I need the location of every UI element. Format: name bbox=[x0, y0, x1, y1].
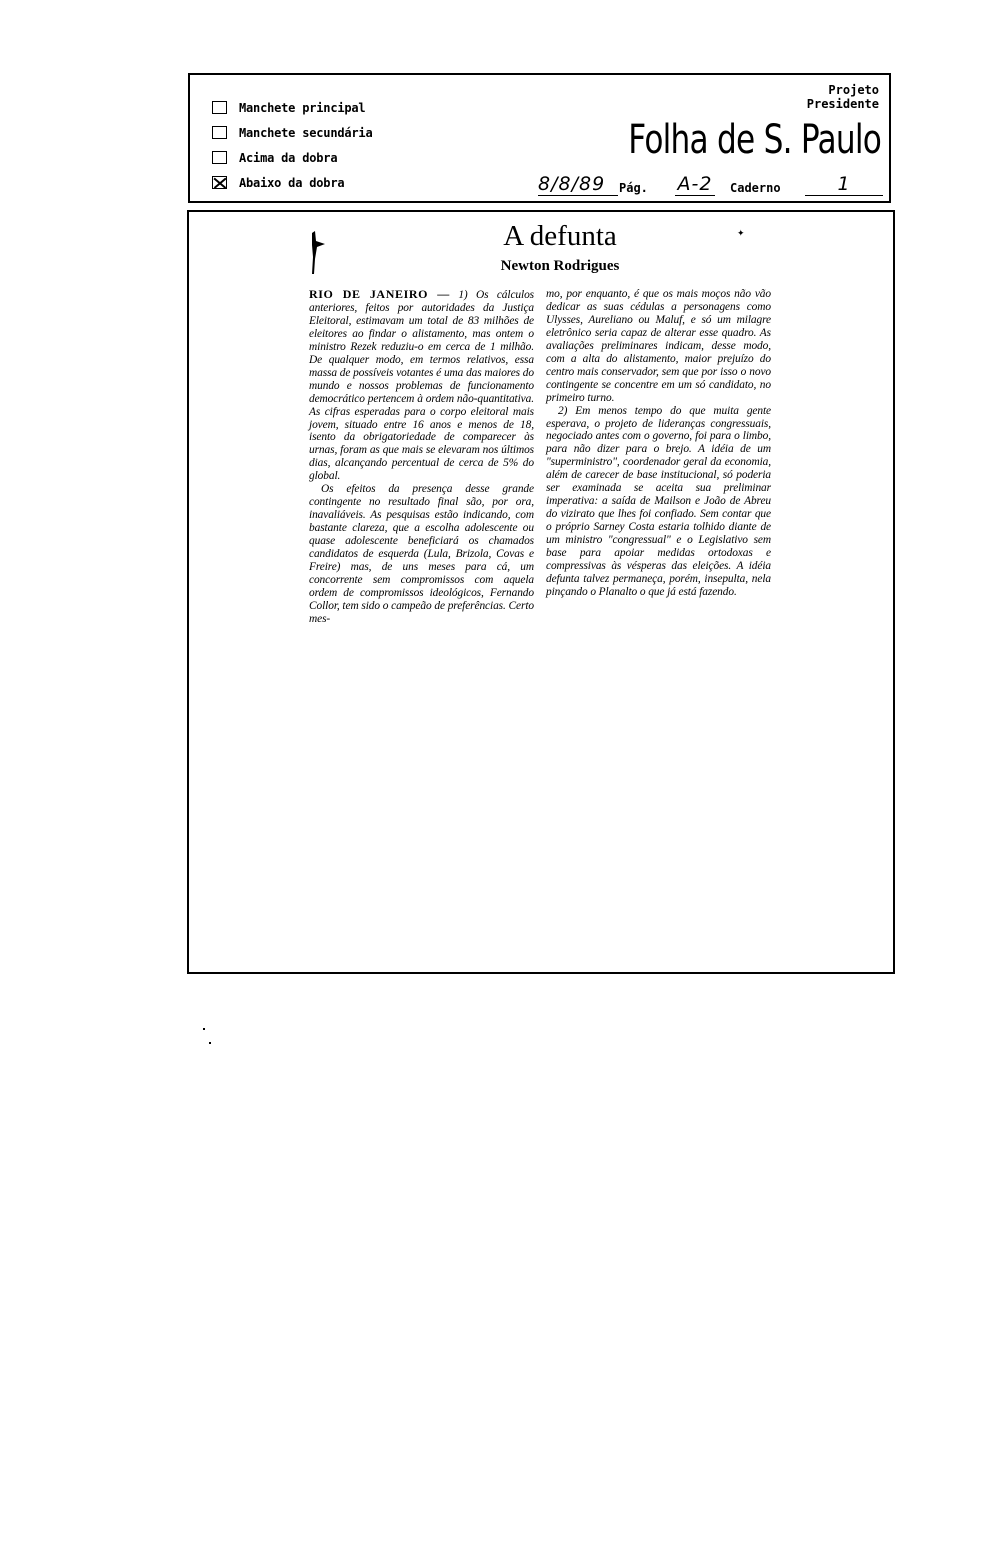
checkbox-empty-icon bbox=[212, 151, 227, 164]
article-column-2: mo, por enquanto, é que os mais moços nã… bbox=[546, 288, 771, 626]
checklist-item-manchete-principal: Manchete principal bbox=[212, 95, 372, 120]
article-clipping-box: ✦ A defunta Newton Rodrigues RIO DE JANE… bbox=[187, 210, 895, 974]
article-dateline: RIO DE JANEIRO — bbox=[309, 287, 450, 301]
checklist-item-manchete-secundaria: Manchete secundária bbox=[212, 120, 372, 145]
paragraph-text: 1) Os cálculos anteriores, feitos por au… bbox=[309, 289, 534, 482]
article-paragraph: RIO DE JANEIRO — 1) Os cálculos anterior… bbox=[309, 288, 534, 483]
article-paragraph: mo, por enquanto, é que os mais moços nã… bbox=[546, 288, 771, 405]
article-paragraph: 2) Em menos tempo do que muita gente esp… bbox=[546, 405, 771, 599]
project-line-2: Presidente bbox=[807, 97, 879, 111]
checklist-label: Acima da dobra bbox=[239, 151, 337, 165]
checkbox-empty-icon bbox=[212, 126, 227, 139]
page-number: A-2 bbox=[675, 173, 715, 196]
clipping-date: 8/8/89 bbox=[538, 173, 618, 196]
newspaper-name: Folha de S. Paulo bbox=[628, 117, 881, 163]
project-line-1: Projeto bbox=[807, 83, 879, 97]
article-title: A defunta bbox=[189, 219, 893, 253]
checklist-label: Manchete secundária bbox=[239, 126, 372, 140]
checkbox-empty-icon bbox=[212, 101, 227, 114]
clipping-header-box: Manchete principal Manchete secundária A… bbox=[188, 73, 891, 203]
page-label: Pág. bbox=[619, 181, 648, 195]
placement-checklist: Manchete principal Manchete secundária A… bbox=[212, 95, 372, 195]
checklist-label: Manchete principal bbox=[239, 101, 365, 115]
article-author: Newton Rodrigues bbox=[189, 258, 893, 275]
stray-dot bbox=[203, 1028, 205, 1030]
project-label: Projeto Presidente bbox=[807, 83, 879, 111]
checklist-item-abaixo-da-dobra: Abaixo da dobra bbox=[212, 170, 372, 195]
section-number: 1 bbox=[805, 173, 883, 196]
article-paragraph: Os efeitos da presença desse grande cont… bbox=[309, 483, 534, 625]
checklist-label: Abaixo da dobra bbox=[239, 176, 344, 190]
checklist-item-acima-da-dobra: Acima da dobra bbox=[212, 145, 372, 170]
checkbox-checked-icon bbox=[212, 176, 227, 189]
article-body: RIO DE JANEIRO — 1) Os cálculos anterior… bbox=[309, 288, 771, 626]
section-label: Caderno bbox=[730, 181, 781, 195]
clipping-meta-line: 8/8/89 Pág. A-2 Caderno 1 bbox=[535, 175, 885, 199]
stray-dot bbox=[209, 1042, 211, 1044]
article-column-1: RIO DE JANEIRO — 1) Os cálculos anterior… bbox=[309, 288, 534, 626]
